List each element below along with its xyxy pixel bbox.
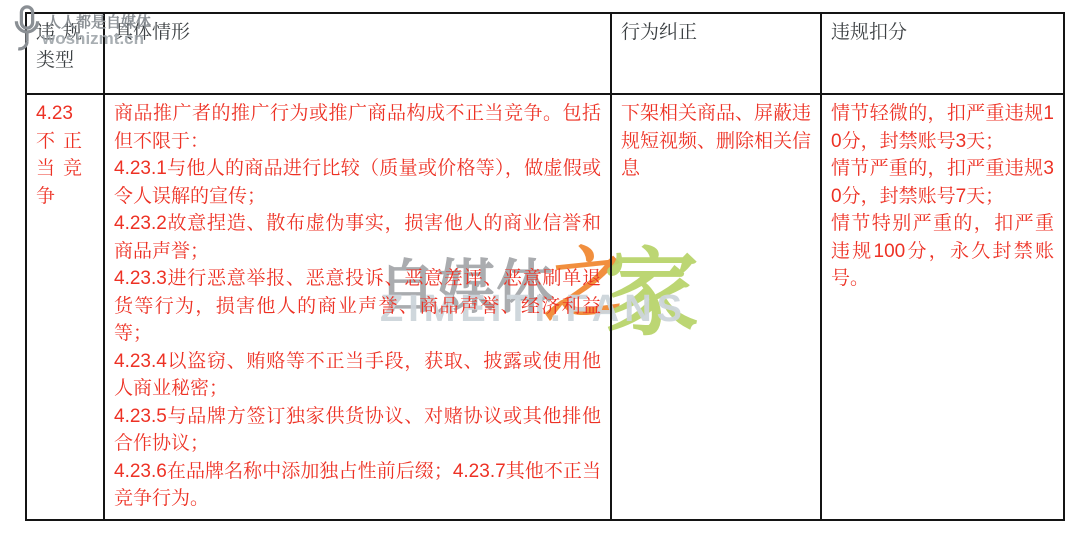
cell-behavior-correction: 下架相关商品、屏蔽违规短视频、删除相关信息 (611, 94, 821, 520)
header-row: 违规类型 具体情形 行为纠正 违规扣分 (26, 13, 1064, 94)
header-specific-circumstances: 具体情形 (104, 13, 611, 94)
microphone-icon (12, 5, 42, 55)
header-behavior-correction: 行为纠正 (611, 13, 821, 94)
cell-violation-type: 4.23 不正当竞争 (26, 94, 104, 520)
deduction-paragraphs: 情节轻微的，扣严重违规10分，封禁账号3天；情节严重的，扣严重违规30分，封禁账… (831, 100, 1054, 293)
table-row: 4.23 不正当竞争 商品推广者的推广行为或推广商品构成不正当竞争。包括但不限于… (26, 94, 1064, 520)
page: 自媒体 之 家 ZIMEITI.FANS 人人都是自媒体 woshizmt.cn… (0, 0, 1080, 544)
header-violation-deduction: 违规扣分 (821, 13, 1064, 94)
paragraph: 4.23.5与品牌方签订独家供货协议、对赌协议或其他排他合作协议； (114, 403, 601, 458)
paragraph: 4.23.4以盗窃、贿赂等不正当手段，获取、披露或使用他人商业秘密； (114, 348, 601, 403)
correction-text: 下架相关商品、屏蔽违规短视频、删除相关信息 (621, 100, 811, 183)
cell-violation-deduction: 情节轻微的，扣严重违规10分，封禁账号3天；情节严重的，扣严重违规30分，封禁账… (821, 94, 1064, 520)
paragraph: 情节严重的，扣严重违规30分，封禁账号7天； (831, 155, 1054, 210)
violation-type-text: 4.23 不正当竞争 (36, 100, 82, 210)
cell-specific-circumstances: 商品推广者的推广行为或推广商品构成不正当竞争。包括但不限于：4.23.1与他人的… (104, 94, 611, 520)
paragraph: 4.23.6在品牌名称中添加独占性前后缀；4.23.7其他不正当竞争行为。 (114, 458, 601, 513)
paragraph: 4.23.2故意捏造、散布虚伪事实，损害他人的商业信誉和商品声誉； (114, 210, 601, 265)
paragraph: 4.23.3进行恶意举报、恶意投诉、恶意差评、恶意刷单退货等行为，损害他人的商业… (114, 265, 601, 348)
violation-rules-table: 违规类型 具体情形 行为纠正 违规扣分 4.23 不正当竞争 商品推广者的推广行… (25, 12, 1065, 521)
paragraph: 情节轻微的，扣严重违规10分，封禁账号3天； (831, 100, 1054, 155)
paragraph: 4.23.1与他人的商品进行比较（质量或价格等），做虚假或令人误解的宣传； (114, 155, 601, 210)
circumstances-paragraphs: 商品推广者的推广行为或推广商品构成不正当竞争。包括但不限于：4.23.1与他人的… (114, 100, 601, 513)
paragraph: 情节特别严重的，扣严重违规100分，永久封禁账号。 (831, 210, 1054, 293)
logo-url: woshizmt.cn (42, 29, 144, 49)
paragraph: 商品推广者的推广行为或推广商品构成不正当竞争。包括但不限于： (114, 100, 601, 155)
